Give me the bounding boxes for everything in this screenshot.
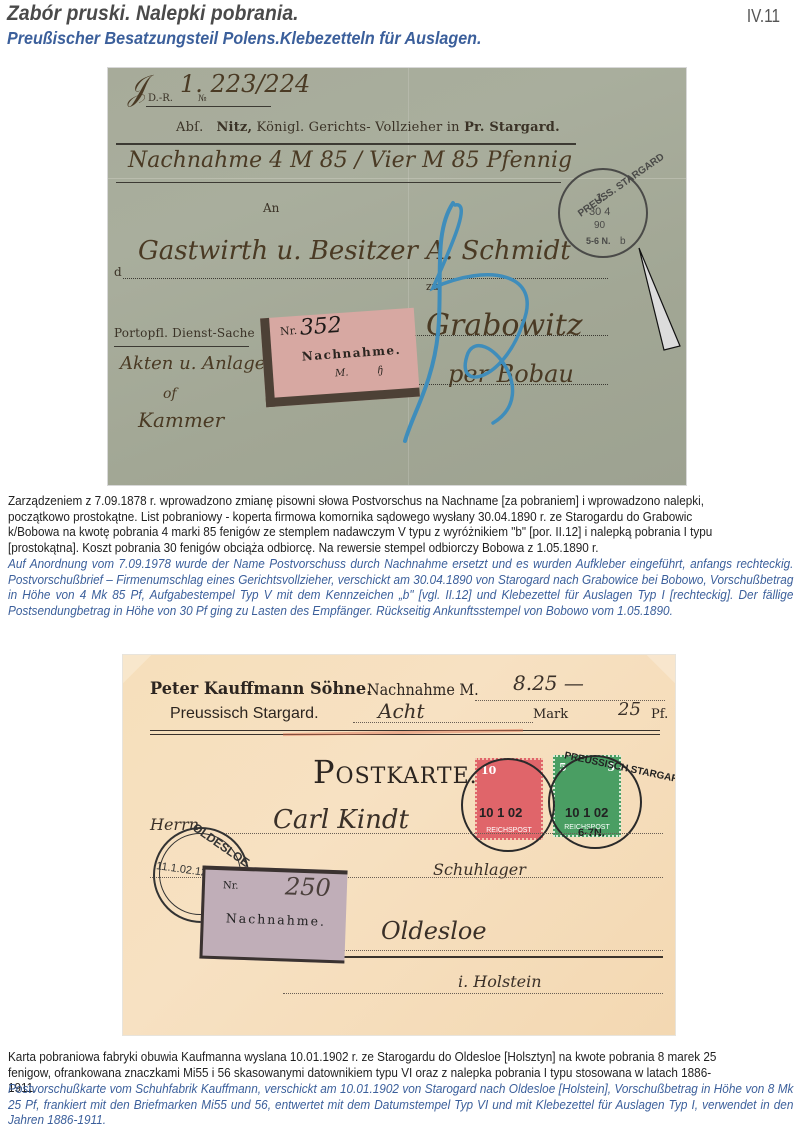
cod-label-text: Nachnahme. xyxy=(301,343,401,364)
postmark-year: 90 xyxy=(594,220,605,231)
rule xyxy=(146,106,271,107)
postmark-distinguisher: b xyxy=(620,236,626,247)
firm-town: Preussisch Stargard. xyxy=(170,705,319,723)
note-handwritten: Akten u. Anlagen xyxy=(120,353,277,374)
sender-line: Abſ. Nitz, Königl. Gerichts- Vollzieher … xyxy=(176,120,560,135)
amount-words-handwritten: Acht xyxy=(378,699,425,723)
handwritten-reference: 1. 223/224 xyxy=(180,70,310,98)
blue-postage-due-mark xyxy=(393,193,553,448)
sender-name: Nitz, xyxy=(216,120,252,135)
page-number: IV.11 xyxy=(747,6,780,27)
cod-label-number: 250 xyxy=(284,872,331,902)
pf-label: Pf. xyxy=(651,707,668,722)
origin-postmark-date: 10 1 02 xyxy=(565,805,608,820)
cod-label-nr-prefix: Nr. xyxy=(223,880,239,892)
cod-label-nr-prefix: Nr. xyxy=(280,324,298,338)
page-title: Zabór pruski. Nalepki pobrania. xyxy=(7,2,299,26)
recipient-handwritten: Carl Kindt xyxy=(273,805,409,835)
sender-prefix: Abſ. xyxy=(176,120,203,135)
cod-amount-handwritten: 8.25 — xyxy=(513,671,584,695)
destination-handwritten: Oldesloe xyxy=(381,917,487,945)
postmark-time: 5-6 N. xyxy=(586,236,611,246)
rule xyxy=(116,143,576,145)
sender-title: Königl. Gerichts- Vollzieher in xyxy=(257,120,460,135)
cod-label-number: 352 xyxy=(299,313,343,341)
cod-amount-handwritten: Nachnahme 4 M 85 / Vier M 85 Pfennig xyxy=(128,148,572,173)
cod-label-amount-prefix: M. xyxy=(335,367,349,379)
cod-label-amount-suffix: ɧ xyxy=(377,365,384,376)
page-subtitle: Preußischer Besatzungsteil Polens.Klebez… xyxy=(7,28,481,49)
postmark-line1: 1. xyxy=(596,192,605,204)
reference-prefix: D.-R. xyxy=(148,93,173,104)
postmark-date: 30 4 xyxy=(589,206,610,218)
cod-label-text: Nachnahme. xyxy=(226,910,327,928)
photo-corner xyxy=(123,655,151,683)
note2-handwritten: Kammer xyxy=(138,408,224,432)
rule xyxy=(116,182,561,183)
service-label: Portopfl. Dienst-Sache xyxy=(114,326,255,340)
address-dotted-line xyxy=(283,993,663,994)
mark-label: Mark xyxy=(533,707,568,722)
cod-prefix: Nachnahme M. xyxy=(367,680,479,699)
pf-handwritten: 25 xyxy=(618,699,641,720)
address-dotted-line xyxy=(223,833,663,834)
dotted-line xyxy=(353,722,533,723)
region-handwritten: i. Holstein xyxy=(458,972,542,991)
caption-german-envelope: Auf Anordnung vom 7.09.1978 wurde der Na… xyxy=(8,557,793,619)
cod-postcard-1902: Peter Kauffmann Söhne. Nachnahme M. 8.25… xyxy=(123,655,675,1035)
cod-envelope-1890: 𝒥 D.-R. № 1. 223/224 Abſ. Nitz, Königl. … xyxy=(108,68,686,485)
caption-german-postcard: Postvorschußkarte vom Schuhfabrik Kauffm… xyxy=(8,1082,793,1129)
rule xyxy=(150,734,660,735)
firm-name: Peter Kauffmann Söhne. xyxy=(150,679,372,699)
title-rest: OSTKARTE. xyxy=(336,764,478,789)
corner-scribble: 𝒥 xyxy=(123,70,149,108)
d-label: d xyxy=(114,265,122,279)
postkarte-title: POSTKARTE. xyxy=(313,753,478,791)
rule xyxy=(114,346,249,347)
caption-polish-envelope: Zarządzeniem z 7.09.1878 r. wprowadzono … xyxy=(8,494,737,556)
to-label: An xyxy=(263,201,279,215)
photo-corner xyxy=(647,655,675,683)
note-mark: of xyxy=(163,386,177,402)
pointer-arrow-icon xyxy=(636,246,686,356)
cod-label: Nr. 250 Nachnahme. xyxy=(199,865,347,963)
sender-town: Pr. Stargard. xyxy=(464,120,560,135)
origin-postmark-date: 10 1 02 xyxy=(479,805,522,820)
cod-label: Nr. 352 Nachnahme. M. ɧ xyxy=(260,308,420,408)
title-initial: P xyxy=(313,753,336,791)
